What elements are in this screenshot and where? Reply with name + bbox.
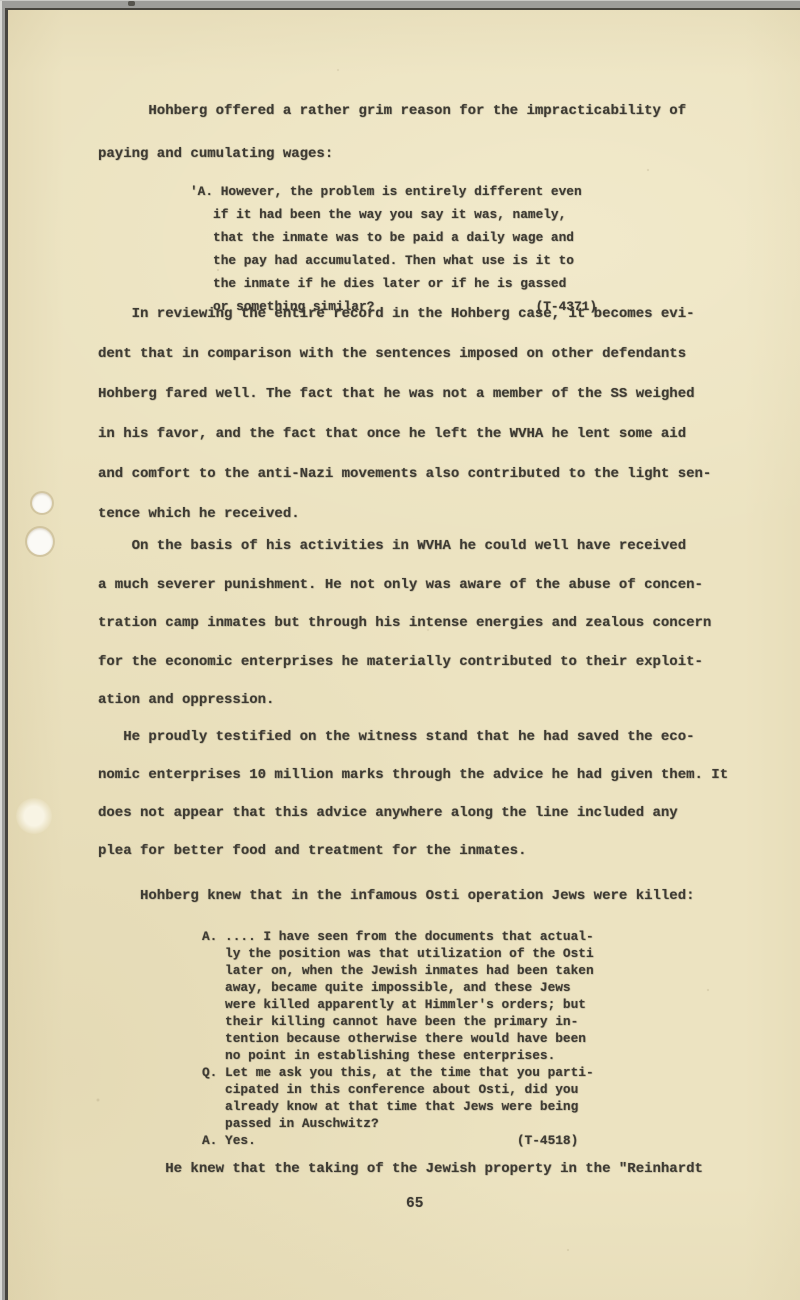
text-line: and comfort to the anti-Nazi movements a… — [98, 454, 711, 494]
scan-speck — [128, 1, 135, 6]
text-line: Hohberg knew that in the infamous Osti o… — [98, 876, 695, 916]
paragraph-activities: On the basis of his activities in WVHA h… — [98, 527, 711, 720]
text-line: later on, when the Jewish inmates had be… — [202, 962, 594, 979]
punch-hole-bottom — [27, 528, 53, 555]
text-line: the pay had accumulated. Then what use i… — [190, 249, 597, 272]
paragraph-reinhardt: He knew that the taking of the Jewish pr… — [98, 1149, 703, 1189]
punch-hole-top — [32, 493, 52, 513]
text-line: Hohberg fared well. The fact that he was… — [98, 374, 711, 414]
text-line: if it had been the way you say it was, n… — [190, 203, 597, 226]
text-line: tention because otherwise there would ha… — [202, 1030, 594, 1047]
text-line: for the economic enterprises he material… — [98, 643, 711, 682]
text-line: He proudly testified on the witness stan… — [98, 718, 728, 756]
paper-smudge — [16, 798, 52, 834]
text-line: paying and cumulating wages: — [98, 133, 686, 176]
paragraph-osti-lead: Hohberg knew that in the infamous Osti o… — [98, 876, 695, 916]
page-content: Hohberg offered a rather grim reason for… — [0, 0, 800, 1300]
text-line: On the basis of his activities in WVHA h… — [98, 527, 711, 566]
scanned-document-screenshot: { "page": { "number": "65", "colors": { … — [0, 0, 800, 1300]
text-line: 'A. However, the problem is entirely dif… — [190, 180, 597, 203]
text-line: nomic enterprises 10 million marks throu… — [98, 756, 728, 794]
text-line: dent that in comparison with the sentenc… — [98, 334, 711, 374]
text-line: passed in Auschwitz? — [202, 1115, 594, 1132]
paragraph-intro: Hohberg offered a rather grim reason for… — [98, 90, 686, 176]
text-line: the inmate if he dies later or if he is … — [190, 272, 597, 295]
text-line: ly the position was that utilization of … — [202, 945, 594, 962]
paragraph-testified: He proudly testified on the witness stan… — [98, 718, 728, 870]
text-line: A. Yes. (T-4518) — [202, 1132, 594, 1149]
text-line: ation and oppression. — [98, 681, 711, 720]
text-line: away, became quite impossible, and these… — [202, 979, 594, 996]
text-line: their killing cannot have been the prima… — [202, 1013, 594, 1030]
text-line: that the inmate was to be paid a daily w… — [190, 226, 597, 249]
text-line: in his favor, and the fact that once he … — [98, 414, 711, 454]
text-line: already know at that time that Jews were… — [202, 1098, 594, 1115]
text-line: Q. Let me ask you this, at the time that… — [202, 1064, 594, 1081]
text-line: no point in establishing these enterpris… — [202, 1047, 594, 1064]
text-line: were killed apparently at Himmler's orde… — [202, 996, 594, 1013]
text-line: a much severer punishment. He not only w… — [98, 566, 711, 605]
text-line: In reviewing the entire record in the Ho… — [98, 294, 711, 334]
text-line: He knew that the taking of the Jewish pr… — [98, 1149, 703, 1189]
text-line: cipated in this conference about Osti, d… — [202, 1081, 594, 1098]
page-number: 65 — [406, 1196, 423, 1212]
paragraph-review: In reviewing the entire record in the Ho… — [98, 294, 711, 534]
text-line: does not appear that this advice anywher… — [98, 794, 728, 832]
text-line: plea for better food and treatment for t… — [98, 832, 728, 870]
text-line: Hohberg offered a rather grim reason for… — [98, 90, 686, 133]
testimony-quote-2: A. .... I have seen from the documents t… — [202, 928, 594, 1149]
text-line: A. .... I have seen from the documents t… — [202, 928, 594, 945]
text-line: tration camp inmates but through his int… — [98, 604, 711, 643]
